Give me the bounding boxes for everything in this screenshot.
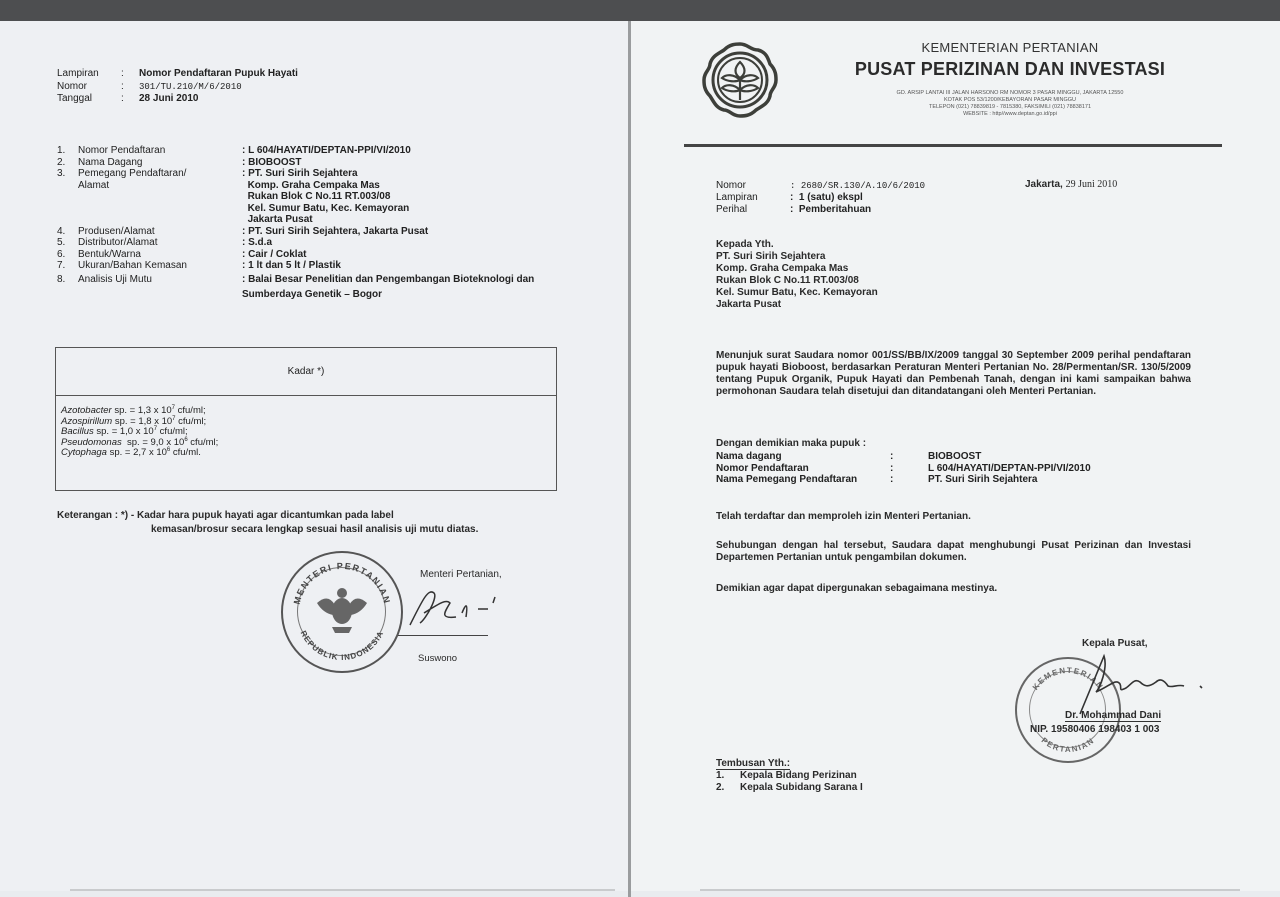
list-item: 7.Ukuran/Bahan Kemasan: 1 lt dan 5 lt / … [57,260,602,272]
list-item: 4.Produsen/Alamat: PT. Suri Sirih Sejaht… [57,226,602,238]
list-item: 6.Bentuk/Warna: Cair / Coklat [57,249,602,261]
center-name: PUSAT PERIZINAN DAN INVESTASI [800,59,1220,80]
letterhead-rule [684,144,1222,147]
kadar-table: Kadar *) Azotobacter sp. = 1,3 x 107 cfu… [55,347,557,491]
recipient-block: Kepada Yth. PT. Suri Sirih Sejahtera Kom… [716,239,878,311]
header-label: Lampiran [57,68,121,81]
svg-text:REPUBLIK INDONESIA: REPUBLIK INDONESIA [299,629,386,662]
list-item: 2.Nama Dagang: BIOBOOST [57,157,602,169]
head-signature [1060,648,1220,718]
kadar-rows: Azotobacter sp. = 1,3 x 107 cfu/ml; Azos… [56,396,556,459]
minister-signature [400,583,510,633]
paragraph-reference: Menunjuk surat Saudara nomor 001/SS/BB/I… [716,350,1191,398]
header-value: 301/TU.210/M/6/2010 [139,81,242,94]
ministry-logo-icon [700,40,780,120]
list-item: 1.Nomor Pendaftaran: L 604/HAYATI/DEPTAN… [57,145,602,157]
minister-seal: MENTERI PERTANIAN REPUBLIK INDONESIA [281,551,403,673]
letter-meta: Nomor: 2680/SR.130/A.10/6/2010 Lampiran:… [716,180,925,216]
minister-name: Suswono [418,653,457,665]
garuda-emblem-icon: MENTERI PERTANIAN REPUBLIK INDONESIA [283,553,401,671]
fertilizer-intro: Dengan demikian maka pupuk : [716,438,866,450]
left-header-block: Lampiran:Nomor Pendaftaran Pupuk Hayati … [57,68,298,106]
meta-label: Lampiran [716,192,790,204]
svg-text:PERTANIAN: PERTANIAN [1040,736,1097,754]
paragraph-registered: Telah terdaftar dan memproleh izin Mente… [716,511,971,523]
note-line-1: Keterangan : *) - Kadar hara pupuk hayat… [57,510,394,522]
header-value: Nomor Pendaftaran Pupuk Hayati [139,68,298,81]
list-item: 8.Analisis Uji Mutu: Balai Besar Penelit… [57,272,602,302]
paragraph-contact: Sehubungan dengan hal tersebut, Saudara … [716,540,1191,564]
cc-title: Tembusan Yth.: [716,758,790,770]
meta-label: Perihal [716,204,790,216]
header-value: 28 Juni 2010 [139,93,198,106]
head-name: Dr. Mohammad Dani [1065,710,1161,722]
cc-item: 2.Kepala Subidang Sarana I [716,782,863,794]
paragraph-closing: Demikian agar dapat dipergunakan sebagai… [716,583,997,595]
letter-date: Jakarta, 29 Juni 2010 [1025,179,1117,191]
meta-value: : 1 (satu) ekspl [790,192,863,204]
fertilizer-details: Nama dagang:BIOBOOST Nomor Pendaftaran:L… [716,451,1091,486]
minister-title: Menteri Pertanian, [420,569,502,581]
header-label: Tanggal [57,93,121,106]
kadar-title: Kadar *) [56,348,556,396]
head-nip: NIP. 19580406 198403 1 003 [1030,724,1159,736]
left-page-edge [70,889,615,891]
right-page-edge [700,889,1240,891]
list-item: 5.Distributor/Alamat: S.d.a [57,237,602,249]
ministry-name: KEMENTERIAN PERTANIAN [800,40,1220,55]
cc-item: 1.Kepala Bidang Perizinan [716,770,863,782]
top-bar [0,0,1280,21]
meta-label: Nomor [716,180,790,192]
letterhead-address: GD. ARSIP LANTAI III JALAN HARSONO RM NO… [800,90,1220,118]
header-label: Nomor [57,81,121,94]
list-item: 3.Pemegang Pendaftaran/ Alamat : PT. Sur… [57,168,602,226]
registration-details: 1.Nomor Pendaftaran: L 604/HAYATI/DEPTAN… [57,145,602,302]
meta-value: : Pemberitahuan [790,204,871,216]
kadar-row: Cytophaga sp. = 2,7 x 106 cfu/ml. [61,448,556,459]
signature-line [398,635,488,636]
meta-value: : 2680/SR.130/A.10/6/2010 [790,180,925,192]
note-line-2: kemasan/brosur secara lengkap sesuai has… [151,524,478,536]
cc-block: Tembusan Yth.: 1.Kepala Bidang Perizinan… [716,758,863,794]
